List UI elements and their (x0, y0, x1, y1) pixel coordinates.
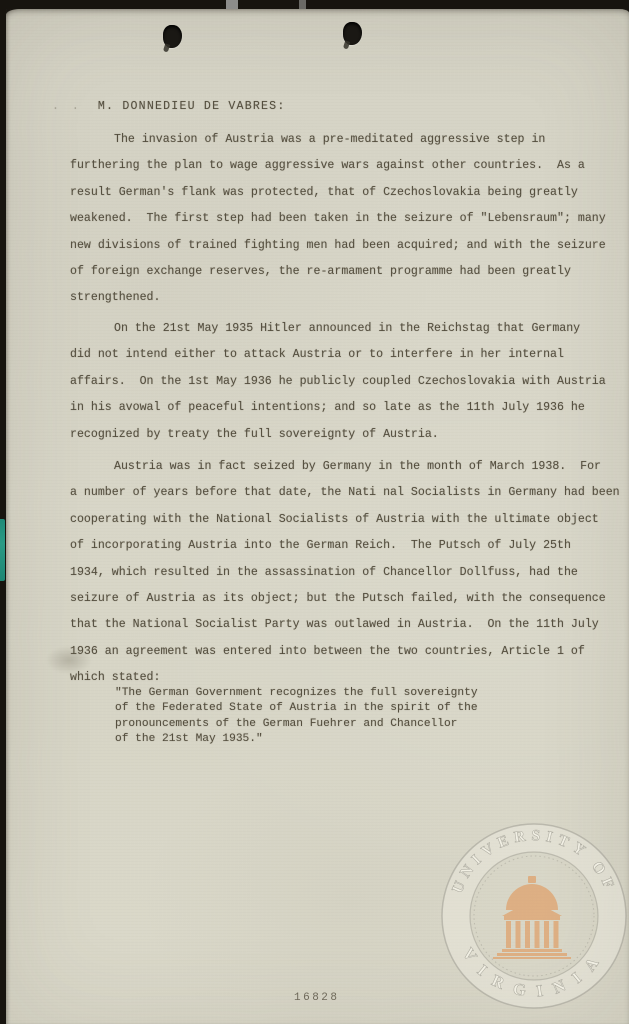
speaker-name: M. DONNEDIEU DE VABRES: (98, 100, 286, 113)
document-paragraph: On the 21st May 1935 Hitler announced in… (70, 316, 606, 448)
scanned-document-page: . .M. DONNEDIEU DE VABRES: The invasion … (0, 0, 629, 1024)
block-quote: "The German Government recognizes the fu… (115, 686, 478, 748)
page-number: 16828 (294, 992, 340, 1004)
document-paragraph: The invasion of Austria was a pre-medita… (70, 127, 606, 312)
marginal-smudge: . . (52, 100, 82, 113)
ink-smudge (46, 646, 92, 674)
university-of-virginia-seal: UNIVERSITY OF VIRGINIA (436, 818, 629, 1014)
teal-edge-mark (0, 519, 5, 581)
section-heading: . .M. DONNEDIEU DE VABRES: (52, 100, 286, 113)
document-paragraph: Austria was in fact seized by Germany in… (70, 454, 620, 692)
